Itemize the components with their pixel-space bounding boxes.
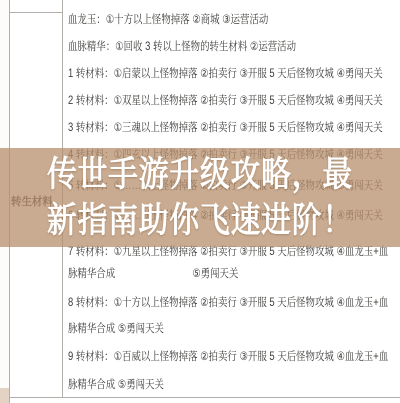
headline-title: 传世手游升级攻略，最 新指南助你飞速进阶！ [30, 147, 370, 248]
table-row-bloodjade: 血龙玉：①十方以上怪物掉落 ②商城 ③运营活动 [68, 13, 268, 27]
headline-line-1: 传世手游升级攻略，最 [47, 152, 353, 198]
bottom-left-tint [0, 388, 9, 403]
table-row-rebirth-8-cont: 脉精华合成 ⑤勇闯天关 [68, 322, 164, 336]
headline-line-2: 新指南助你飞速进阶！ [47, 198, 353, 244]
game-guide-image: 转生材料 血龙玉：①十方以上怪物掉落 ②商城 ③运营活动 血脉精华：①回收 3 … [0, 0, 400, 403]
table-row-rebirth-7-cont: 脉精华合成⑤勇闯天关 [68, 267, 238, 281]
table-border-top [9, 12, 63, 13]
table-row-rebirth-3: 3 转材料：①三魂以上怪物掉落 ②拍卖行 ③开服 5 天后怪物攻城 ④勇闯天关 [68, 121, 383, 135]
table-row-rebirth-2: 2 转材料：①双星以上怪物掉落 ②拍卖行 ③开服 5 天后怪物攻城 ④勇闯天关 [68, 94, 383, 108]
table-border-bottom [9, 397, 400, 398]
table-row-rebirth-9: 9 转材料：①百威以上怪物掉落 ②拍卖行 ③开服 5 天后怪物攻城 ④血龙玉+血 [68, 350, 388, 364]
table-row-rebirth-1: 1 转材料：①启蒙以上怪物掉落 ②拍卖行 ③开服 5 天后怪物攻城 ④勇闯天关 [68, 67, 383, 81]
row-text-2: ⑤勇闯天关 [192, 267, 238, 281]
table-row-rebirth-9-cont: 脉精华合成 ⑤勇闯天关 [68, 378, 164, 392]
row-text: 脉精华合成 [68, 268, 115, 280]
table-row-bloodessence: 血脉精华：①回收 3 转以上怪物的转生材料 ②运营活动 [68, 40, 296, 54]
table-row-rebirth-8: 8 转材料：①十方以上怪物掉落 ②拍卖行 ③开服 5 天后怪物攻城 ④血龙玉+血 [68, 296, 388, 310]
